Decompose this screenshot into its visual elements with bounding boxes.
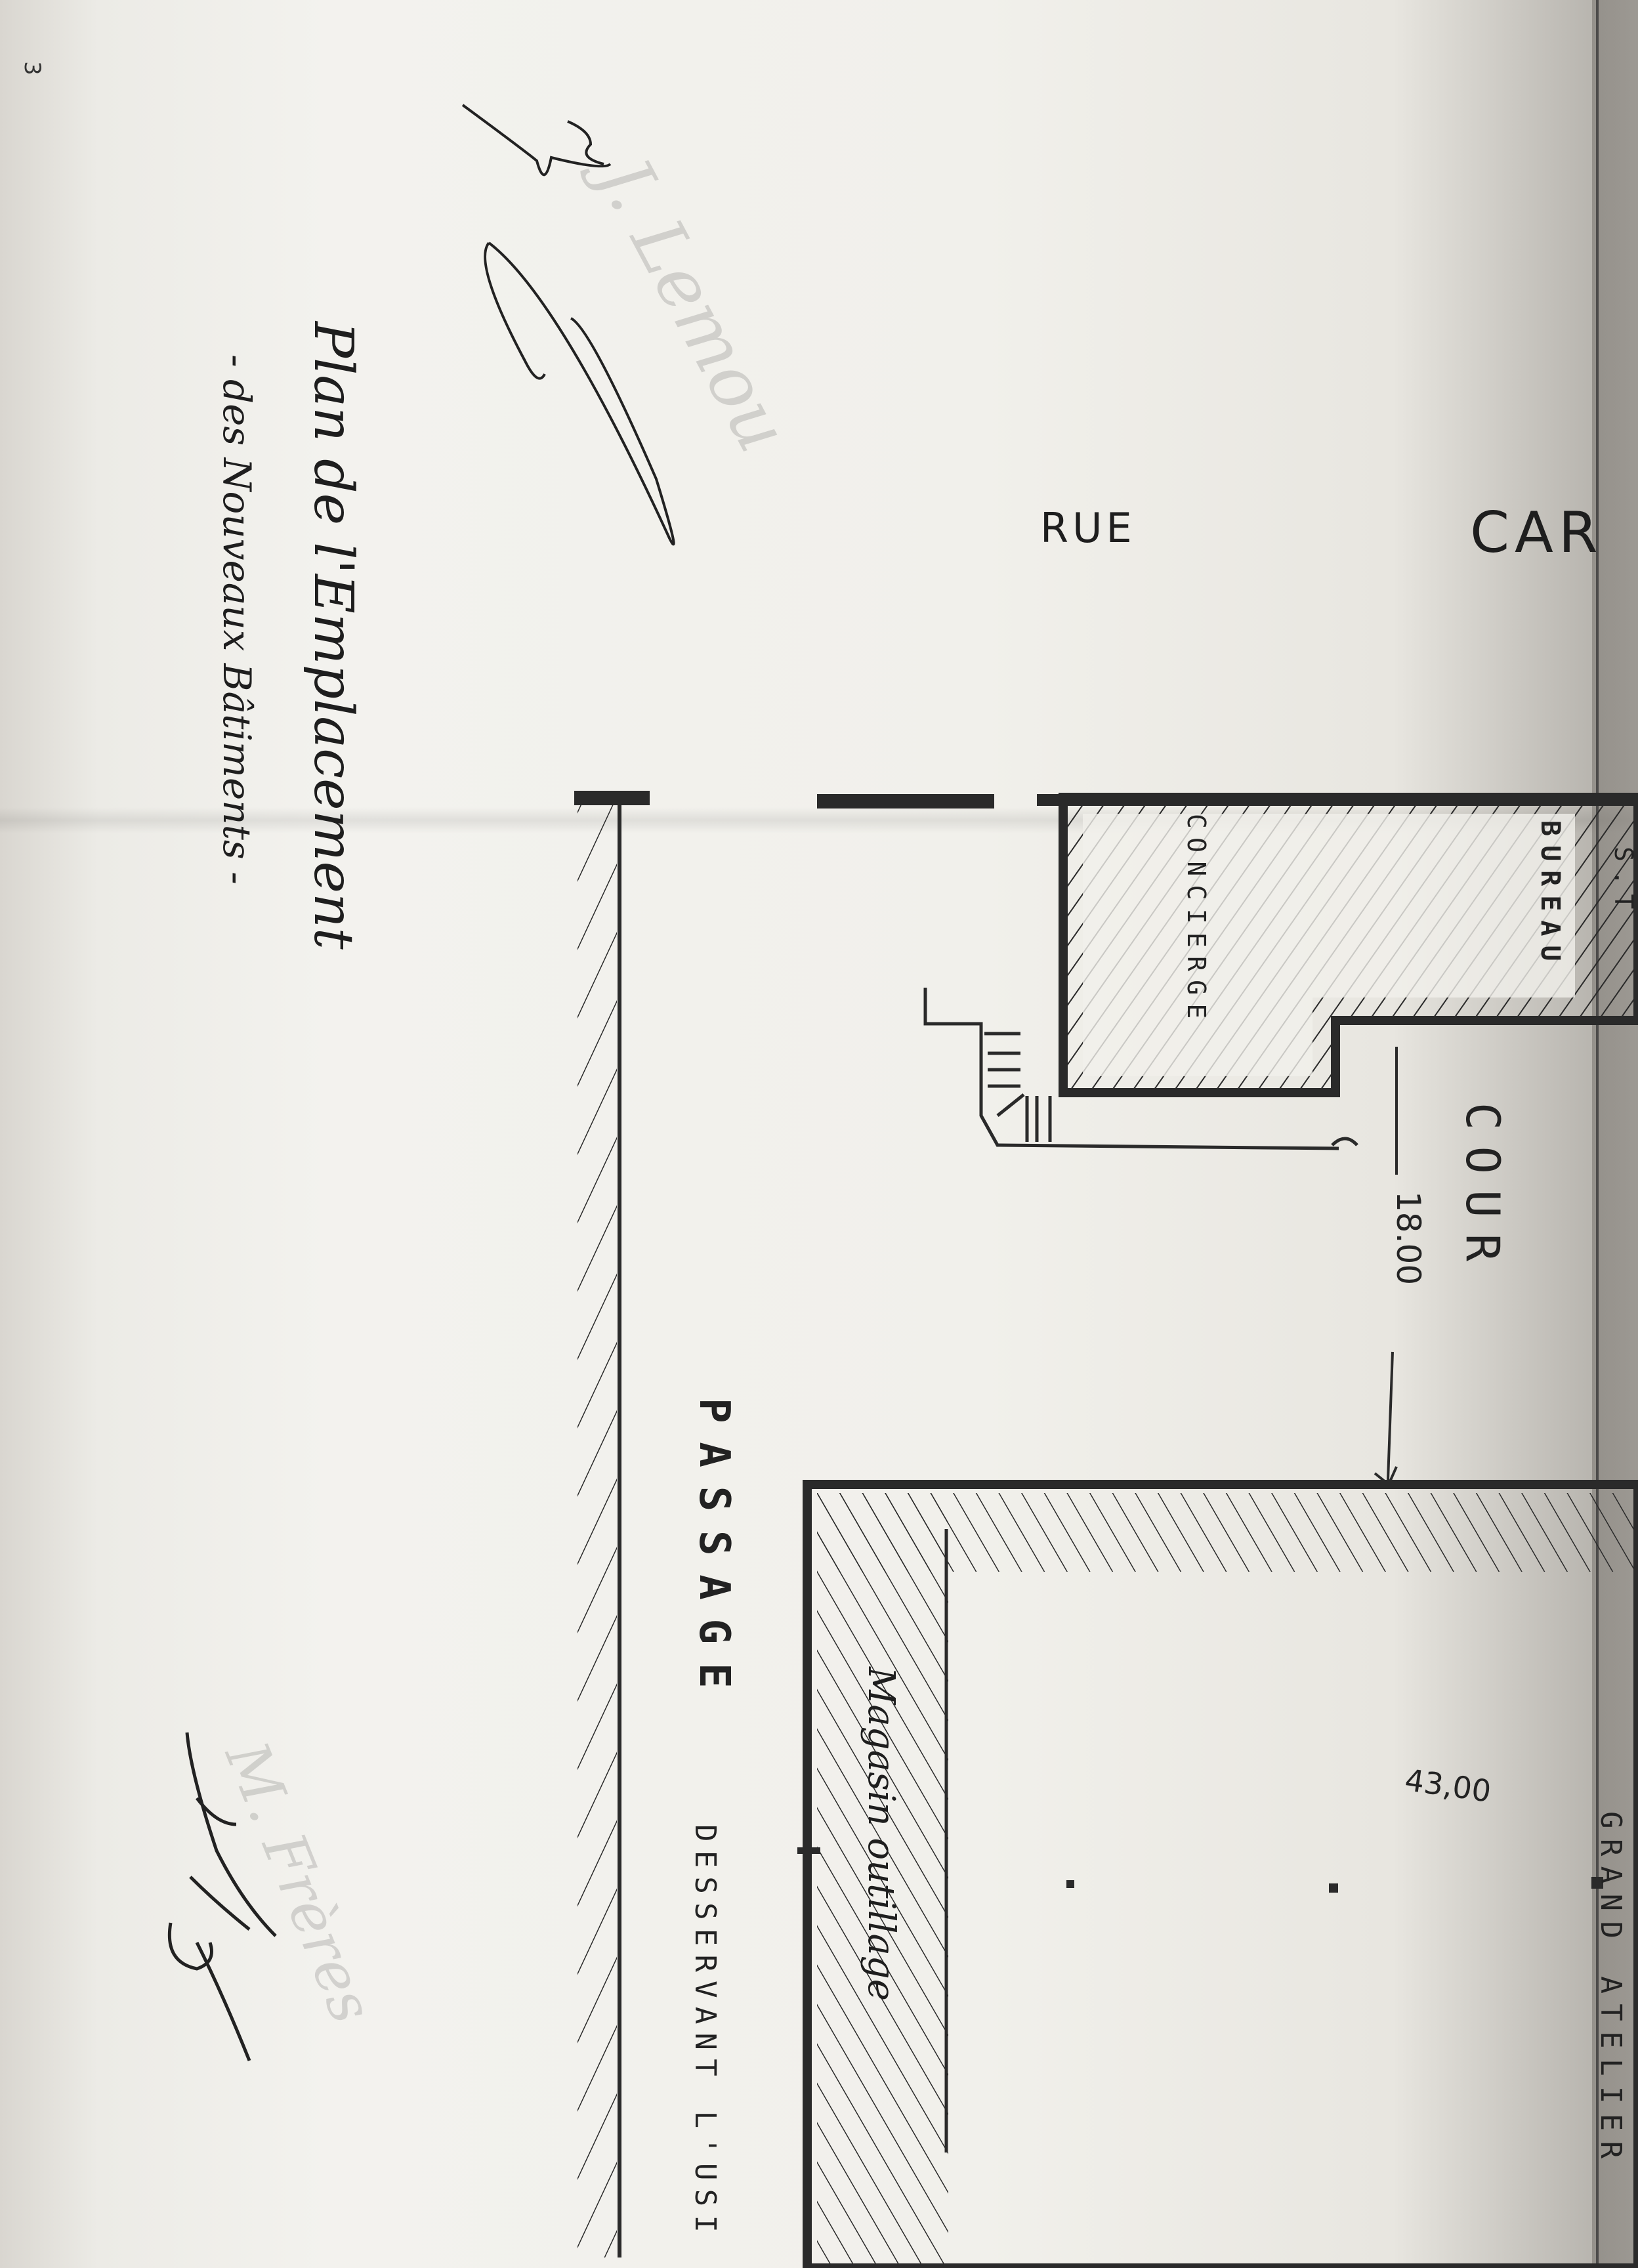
floor-plan-drawing bbox=[0, 0, 1638, 2268]
room-label-partial-st: S.T bbox=[1609, 847, 1638, 918]
room-label-cour: COUR bbox=[1456, 1102, 1509, 1278]
atelier-building bbox=[797, 1484, 1638, 2268]
room-label-concierge: CONCIERGE bbox=[1182, 814, 1211, 1028]
dimension-cour-width: 18.00 bbox=[1389, 1191, 1427, 1285]
room-label-bureau: BUREAU bbox=[1535, 820, 1565, 971]
passage-sublabel: DESSERVANT L'USI bbox=[688, 1824, 722, 2241]
passage-label: PASSAGE bbox=[690, 1398, 738, 1707]
street-label-car: CAR bbox=[1470, 500, 1603, 566]
document-title: Plan de l'Emplacement bbox=[302, 322, 364, 950]
room-label-grand-atelier: GRAND ATELIER bbox=[1594, 1811, 1627, 2169]
passage-fence bbox=[577, 797, 619, 2257]
document-subtitle: - des Nouveaux Bâtiments - bbox=[215, 354, 259, 885]
room-label-magasin: Magasin outillage bbox=[860, 1667, 902, 2001]
street-label-rue: RUE bbox=[1040, 504, 1136, 552]
